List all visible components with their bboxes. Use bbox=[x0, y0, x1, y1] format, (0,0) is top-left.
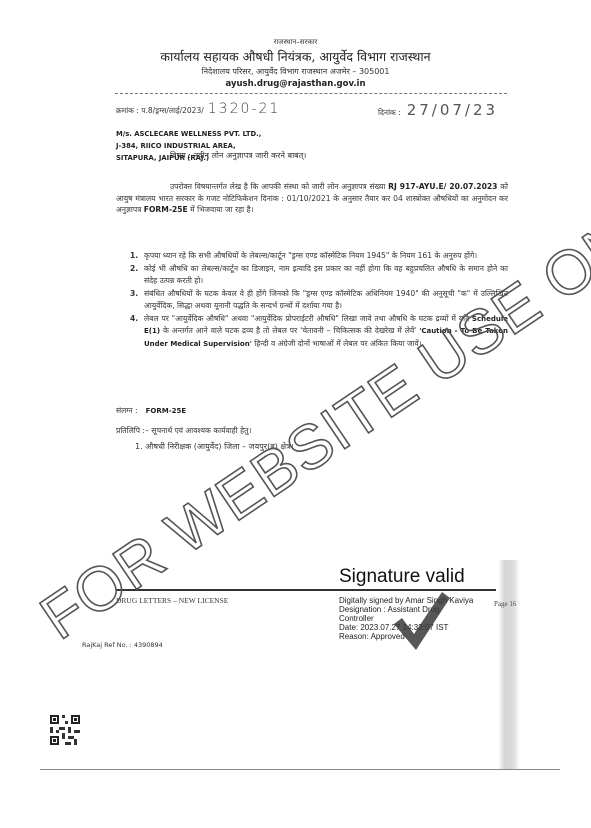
document-page: राजस्थान–सरकार कार्यालय सहायक औषधी नियंत… bbox=[0, 0, 591, 828]
government-label: राजस्थान–सरकार bbox=[0, 38, 591, 47]
handwritten-date: 27/07/23 bbox=[407, 101, 498, 119]
condition-number: 4. bbox=[130, 313, 138, 324]
conditions-list: 1.कृपया ध्यान रहे कि सभी औषधियों के लेबल… bbox=[116, 250, 508, 352]
condition-text: हिन्दी व अंग्रेजी दोनों भाषाओं में लेबल … bbox=[252, 339, 422, 348]
scan-artifact bbox=[498, 560, 520, 770]
reference-label: क्रमांक : प.8/ड्रग्स/लाई/2023/ bbox=[116, 106, 204, 115]
condition-text: लेबल पर "आयुर्वेदिक औषधि" अथवा "आयुर्वेद… bbox=[144, 314, 472, 323]
enclosure-value: FORM-25E bbox=[146, 407, 187, 415]
signature-status: Signature valid bbox=[339, 566, 465, 588]
enclosure-label: संलग्न : bbox=[116, 406, 138, 415]
office-address: निदेशालय परिसर, आयुर्वेद विभाग राजस्थान … bbox=[0, 66, 591, 77]
body-text: उपरोक्त विषयान्तर्गत लेख है कि आपकी संस्… bbox=[170, 182, 388, 191]
handwritten-reference: 1320-21 bbox=[208, 101, 281, 117]
rajkaj-reference: RajKaj Ref No. : 4390894 bbox=[82, 641, 163, 649]
condition-text: कृपया ध्यान रहे कि सभी औषधियों के लेबल्स… bbox=[144, 251, 477, 260]
office-email: ayush.drug@rajasthan.gov.in bbox=[0, 79, 591, 89]
license-number: RJ 917-AYU.E/ 20.07.2023 bbox=[388, 182, 497, 191]
subject-line: विषय : नवीन लोन अनुज्ञापत्र जारी करने बा… bbox=[170, 150, 306, 161]
reference-number: क्रमांक : प.8/ड्रग्स/लाई/2023/1320-21 bbox=[116, 101, 280, 117]
scan-bottom-edge bbox=[40, 769, 560, 770]
header-divider bbox=[115, 93, 507, 94]
body-paragraph: उपरोक्त विषयान्तर्गत लेख है कि आपकी संस्… bbox=[116, 181, 508, 216]
footer-label: DRUG LETTERS – NEW LICENSE bbox=[116, 596, 228, 605]
copy-to-label: प्रतिलिपि :– सूचनार्थ एवं आवश्यक कार्यवा… bbox=[116, 426, 251, 436]
addressee-line: M/s. ASCLECARE WELLNESS PVT. LTD., bbox=[116, 128, 261, 140]
letter-date: दिनांक :27/07/23 bbox=[378, 101, 498, 119]
condition-text: संबंधित औषधियों के घटक केवल वे ही होंगे … bbox=[144, 289, 508, 309]
office-title: कार्यालय सहायक औषधी नियंत्रक, आयुर्वेद व… bbox=[0, 48, 591, 65]
enclosure: संलग्न :FORM-25E bbox=[116, 406, 186, 416]
condition-number: 1. bbox=[130, 250, 138, 261]
condition-number: 3. bbox=[130, 288, 138, 299]
condition-item: 4.लेबल पर "आयुर्वेदिक औषधि" अथवा "आयुर्व… bbox=[116, 313, 508, 350]
condition-number: 2. bbox=[130, 263, 138, 274]
condition-item: 1.कृपया ध्यान रहे कि सभी औषधियों के लेबल… bbox=[116, 250, 508, 261]
form-name: FORM-25E bbox=[144, 205, 188, 214]
condition-text: कोई भी औषधि का लेबल्स/कार्टून का डिजाइन,… bbox=[144, 264, 508, 284]
checkmark-icon bbox=[392, 590, 452, 652]
copy-to-item: 1. औषधी निरीक्षक (आयुर्वेद) जिला – जयपुर… bbox=[135, 441, 294, 452]
date-label: दिनांक : bbox=[378, 108, 401, 117]
page-number: Page 16 bbox=[494, 600, 516, 608]
condition-text: के अन्तर्गत आने वाले घटक द्रव्य है तो ले… bbox=[160, 326, 419, 335]
condition-item: 3.संबंधित औषधियों के घटक केवल वे ही होंग… bbox=[116, 288, 508, 311]
qr-code-icon bbox=[50, 714, 80, 746]
body-text: में भिजवाया जा रहा है। bbox=[188, 205, 254, 214]
condition-item: 2.कोई भी औषधि का लेबल्स/कार्टून का डिजाइ… bbox=[116, 263, 508, 286]
